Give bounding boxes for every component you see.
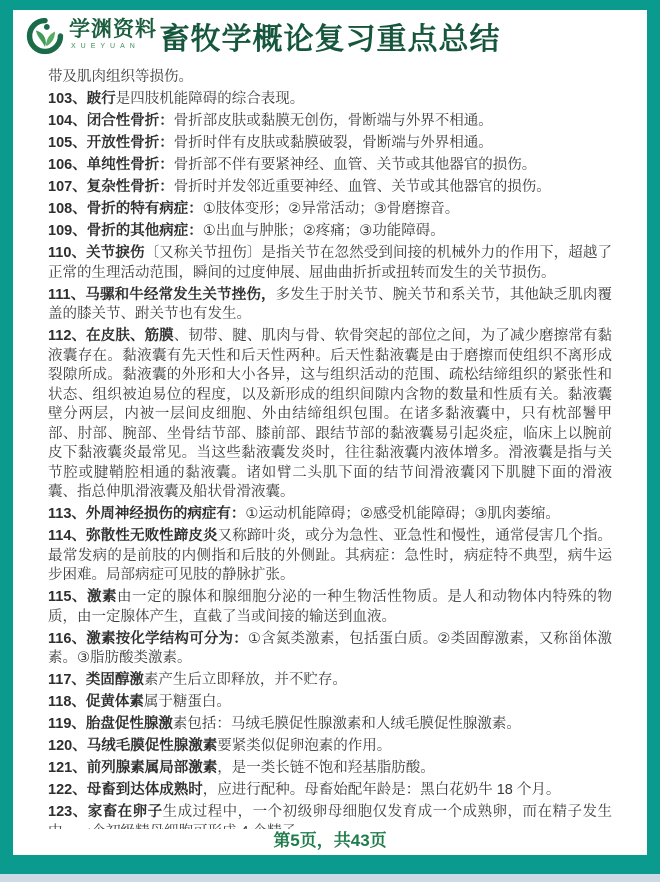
item-text: ①运动机能障碍；②感受机能障碍；③肌肉萎缩。 xyxy=(245,506,560,522)
item-lead: 115、激素 xyxy=(48,589,117,605)
list-item: 118、促黄体素属于糖蛋白。 xyxy=(48,693,612,713)
item-term: 母畜到达体成熟时 xyxy=(87,782,203,798)
item-term: 激素 xyxy=(87,589,117,605)
item-term: 骨折的特有病症： xyxy=(87,201,203,217)
item-term: 弥散性无败性蹄皮炎 xyxy=(86,528,218,544)
item-lead: 112、在皮肤、筋膜 xyxy=(48,328,174,344)
item-text: 素产生后立即释放，并不贮存。 xyxy=(144,672,347,688)
list-item: 111、马骡和牛经常发生关节挫伤，多发生于肘关节、腕关节和系关节，其他缺乏肌肉覆… xyxy=(48,286,612,325)
item-number: 121、 xyxy=(48,760,87,776)
item-number: 123、 xyxy=(48,804,88,820)
item-number: 113、 xyxy=(48,506,86,522)
item-term: 在皮肤、筋膜 xyxy=(86,328,174,344)
item-lead: 120、马绒毛膜促性腺激素 xyxy=(48,738,217,754)
item-lead: 103、跛行 xyxy=(48,91,116,107)
list-item: 114、弥散性无败性蹄皮炎又称蹄叶炎，或分为急性、亚急性和慢性，通常侵害几个指。… xyxy=(48,527,612,586)
item-lead: 109、骨折的其他病症： xyxy=(48,223,203,239)
item-lead: 123、家畜在卵子 xyxy=(48,804,163,820)
item-term: 关节捩伤 xyxy=(86,245,144,261)
list-item: 122、母畜到达体成熟时，应进行配种。母畜始配年龄是：黑白花奶牛 18 个月。 xyxy=(48,781,612,801)
item-number: 109、 xyxy=(48,223,87,239)
list-item: 105、开放性骨折：骨折时伴有皮肤或黏膜破裂，骨断端与外界相通。 xyxy=(48,134,612,154)
item-number: 118、 xyxy=(48,694,86,710)
list-item: 123、家畜在卵子生成过程中，一个初级卵母细胞仅发育成一个成熟卵，而在精子发生中… xyxy=(48,803,612,829)
item-text: 骨折时伴有皮肤或黏膜破裂，骨断端与外界相通。 xyxy=(174,135,493,151)
item-number: 107、 xyxy=(48,179,87,195)
item-term: 激素按化学结构可分为： xyxy=(86,631,248,647)
item-text: 带及肌肉组织等损伤。 xyxy=(48,69,193,85)
item-text: 素包括：马绒毛膜促性腺激素和人绒毛膜促性腺激素。 xyxy=(173,716,521,732)
item-term: 单纯性骨折： xyxy=(87,157,174,173)
list-item: 112、在皮肤、筋膜、韧带、腱、肌肉与骨、软骨突起的部位之间，为了减少磨擦常有黏… xyxy=(48,327,612,503)
item-term: 跛行 xyxy=(87,91,116,107)
item-text: 要紧类似促卵泡素的作用。 xyxy=(217,738,391,754)
item-number: 110、 xyxy=(48,245,86,261)
item-number: 111、 xyxy=(48,287,85,303)
item-text: ，应进行配种。母畜始配年龄是：黑白花奶牛 18 个月。 xyxy=(203,782,561,798)
item-term: 家畜在卵子 xyxy=(88,804,163,820)
item-number: 104、 xyxy=(48,113,87,129)
item-text: 骨折时并发邻近重要神经、血管、关节或其他器官的损伤。 xyxy=(174,179,551,195)
item-lead: 114、弥散性无败性蹄皮炎 xyxy=(48,528,218,544)
item-lead: 108、骨折的特有病症： xyxy=(48,201,203,217)
document-page: 学渊资料 XUEYUAN 畜牧学概论复习重点总结 带及肌肉组织等损伤。 103、… xyxy=(13,10,647,855)
document-body: 带及肌肉组织等损伤。 103、跛行是四肢机能障碍的综合表现。 104、闭合性骨折… xyxy=(13,62,647,829)
item-number: 114、 xyxy=(48,528,86,544)
item-lead: 107、复杂性骨折： xyxy=(48,179,174,195)
item-lead: 119、胎盘促性腺激 xyxy=(48,716,173,732)
list-item: 120、马绒毛膜促性腺激素要紧类似促卵泡素的作用。 xyxy=(48,737,612,757)
item-text: ，是一类长链不饱和羟基脂肪酸。 xyxy=(217,760,435,776)
item-term: 胎盘促性腺激 xyxy=(86,716,173,732)
list-item: 116、激素按化学结构可分为：①含氮类激素，包括蛋白质。②类固醇激素，又称甾体激… xyxy=(48,630,612,669)
item-term: 马绒毛膜促性腺激素 xyxy=(87,738,218,754)
item-lead: 117、类固醇激 xyxy=(48,672,144,688)
item-term: 类固醇激 xyxy=(86,672,144,688)
item-lead: 116、激素按化学结构可分为： xyxy=(48,631,248,647)
list-item: 106、单纯性骨折：骨折部不伴有要紧神经、血管、关节或其他器官的损伤。 xyxy=(48,156,612,176)
item-term: 闭合性骨折： xyxy=(87,113,174,129)
list-item: 119、胎盘促性腺激素包括：马绒毛膜促性腺激素和人绒毛膜促性腺激素。 xyxy=(48,715,612,735)
item-text: 骨折部不伴有要紧神经、血管、关节或其他器官的损伤。 xyxy=(174,157,537,173)
item-text: ①肢体变形；②异常活动；③骨磨擦音。 xyxy=(203,201,460,217)
list-item: 121、前列腺素属局部激素，是一类长链不饱和羟基脂肪酸。 xyxy=(48,759,612,779)
item-text: 、韧带、腱、肌肉与骨、软骨突起的部位之间，为了减少磨擦常有黏液囊存在。黏液囊有先… xyxy=(48,328,612,500)
item-number: 116、 xyxy=(48,631,86,647)
list-item: 109、骨折的其他病症：①出血与肿胀；②疼痛；③功能障碍。 xyxy=(48,222,612,242)
page-header: 学渊资料 XUEYUAN 畜牧学概论复习重点总结 xyxy=(13,10,647,62)
item-number: 122、 xyxy=(48,782,87,798)
item-term: 开放性骨折： xyxy=(87,135,174,151)
item-text: 骨折部皮肤或黏膜无创伤，骨断端与外界不相通。 xyxy=(174,113,493,129)
background-strip xyxy=(0,874,660,882)
list-item: 110、关节捩伤〔又称关节扭伤〕是指关节在忽然受到间接的机械外力的作用下，超越了… xyxy=(48,244,612,283)
page-title: 畜牧学概论复习重点总结 xyxy=(13,14,647,58)
page-number-indicator: 第5页，共43页 xyxy=(13,829,647,855)
item-number: 120、 xyxy=(48,738,87,754)
item-lead: 118、促黄体素 xyxy=(48,694,144,710)
list-item: 113、外周神经损伤的病症有：①运动机能障碍；②感受机能障碍；③肌肉萎缩。 xyxy=(48,505,612,525)
list-item: 107、复杂性骨折：骨折时并发邻近重要神经、血管、关节或其他器官的损伤。 xyxy=(48,178,612,198)
item-lead: 122、母畜到达体成熟时 xyxy=(48,782,203,798)
item-lead: 105、开放性骨折： xyxy=(48,135,174,151)
item-text: 由一定的腺体和腺细胞分泌的一种生物活性物质。是人和动物体内特殊的物质，由一定腺体… xyxy=(48,589,612,625)
item-text: 是四肢机能障碍的综合表现。 xyxy=(116,91,305,107)
list-item: 108、骨折的特有病症：①肢体变形；②异常活动；③骨磨擦音。 xyxy=(48,200,612,220)
item-term: 复杂性骨折： xyxy=(87,179,174,195)
item-number: 105、 xyxy=(48,135,87,151)
paragraph-continuation: 带及肌肉组织等损伤。 xyxy=(48,68,612,88)
item-number: 117、 xyxy=(48,672,86,688)
item-number: 108、 xyxy=(48,201,87,217)
item-number: 106、 xyxy=(48,157,87,173)
list-item: 117、类固醇激素产生后立即释放，并不贮存。 xyxy=(48,671,612,691)
item-lead: 121、前列腺素属局部激素 xyxy=(48,760,217,776)
item-text: 属于糖蛋白。 xyxy=(144,694,231,710)
item-number: 115、 xyxy=(48,589,87,605)
item-term: 前列腺素属局部激素 xyxy=(87,760,218,776)
item-number: 103、 xyxy=(48,91,87,107)
list-item: 115、激素由一定的腺体和腺细胞分泌的一种生物活性物质。是人和动物体内特殊的物质… xyxy=(48,588,612,627)
item-number: 119、 xyxy=(48,716,86,732)
list-item: 104、闭合性骨折：骨折部皮肤或黏膜无创伤，骨断端与外界不相通。 xyxy=(48,112,612,132)
item-lead: 111、马骡和牛经常发生关节挫伤， xyxy=(48,287,276,303)
item-lead: 106、单纯性骨折： xyxy=(48,157,174,173)
item-lead: 104、闭合性骨折： xyxy=(48,113,174,129)
item-lead: 110、关节捩伤 xyxy=(48,245,145,261)
item-text: ①出血与肿胀；②疼痛；③功能障碍。 xyxy=(203,223,445,239)
item-term: 骨折的其他病症： xyxy=(87,223,203,239)
item-term: 外周神经损伤的病症有： xyxy=(86,506,246,522)
item-term: 马骡和牛经常发生关节挫伤， xyxy=(85,287,275,303)
item-number: 112、 xyxy=(48,328,86,344)
list-item: 103、跛行是四肢机能障碍的综合表现。 xyxy=(48,90,612,110)
item-term: 促黄体素 xyxy=(86,694,144,710)
item-lead: 113、外周神经损伤的病症有： xyxy=(48,506,245,522)
